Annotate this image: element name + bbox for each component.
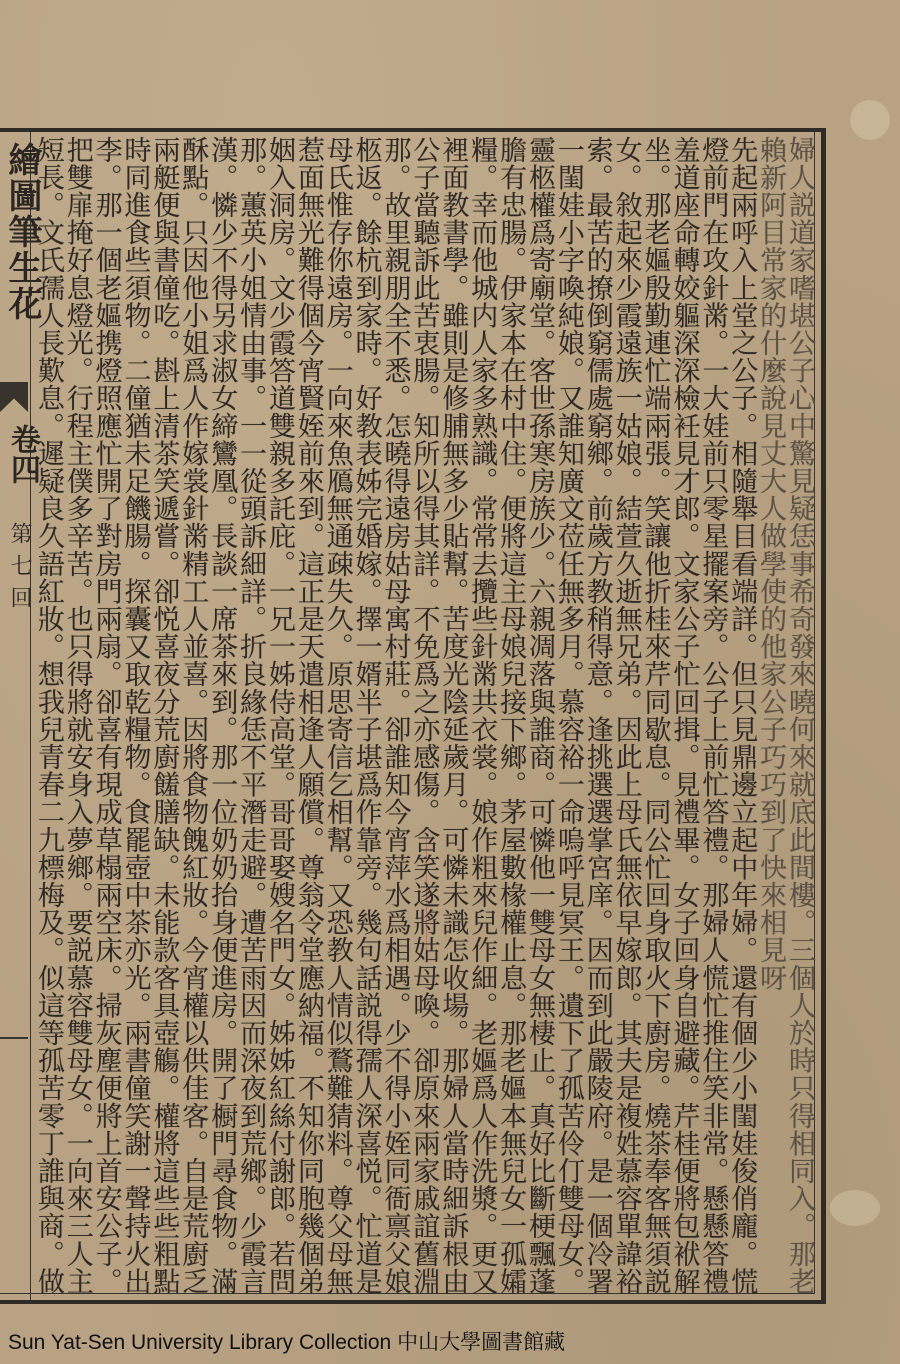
margin-divider	[0, 1037, 28, 1039]
paper-stain	[830, 1190, 880, 1226]
text-column: 短長。文氏孺人長歎息。遲疑良久語紅妝。想我兒青春二九標梅及。似這等孤苦零丁誰與商…	[36, 136, 65, 1296]
library-credit: Sun Yat-Sen University Library Collectio…	[8, 1326, 565, 1356]
chapter-label: 第七回	[4, 522, 35, 618]
text-column: 靈柩權爲寄廟堂。客世孫寒房族少。六親凋落與誰商。可憐他一雙母女無棲止。真好比斷梗…	[527, 136, 556, 1296]
text-column: 把雙扉掩好息燈光。行程主僕多辛苦。也只得將就安身入夢鄉。要説慕容雙母女。一向來三…	[65, 136, 94, 1296]
text-column: 賴新阿目常家的什麼說見丈大人做學使的他家公子巧巧到了快來相見呀	[758, 136, 787, 1296]
text-column: 坐。那老嫗殷勤連忙端兩張。笑讓他折桂來芹同歇息。同公忙回身取火下廚房。燒茶奉客無…	[643, 136, 672, 1296]
text-column: 漢。憐少不得另求淑女締鸞凰。長談一席茶來到。那一位奶奶抬身便進房。開了橱門尋食物…	[209, 136, 238, 1296]
text-column: 糧。幸而他城内人家多熟識。常常去攬些針黹共衣裳。娘作粗來兒作細。老嫗爲人作洗漿。…	[469, 136, 498, 1296]
text-column: 燈前門在攻針黹。一大娃前只零星擺案旁。公子上前忙答禮。那婦人慌忙推住笑非常。懸懸…	[700, 136, 729, 1296]
text-column: 那。故里親朋全不悉。怎曉得遠房姑母寓村莊。卻誰知今宵萍水爲相遇。少不得小姪同衙禀…	[383, 136, 412, 1296]
text-column: 女。敘起來少霞遠族一姑娘。結萱久逝無兄弟。因此上母氏無依早嫁郎。其夫是複姓慕容單…	[614, 136, 643, 1296]
text-column: 公子當聽訴此苦衷腸。知所以得其詳。不免爲之亦感傷。含笑遂將姑母喚。卻原來兩家戚誼…	[412, 136, 441, 1296]
text-column: 母氏惟存你遠房。一向來魚鴈無通疎失久。原思寄信乞相幫。又恐教人情似鶩難猜料。尊父…	[325, 136, 354, 1296]
text-column: 一閨娃小字喚純娘。又誰知廣文莅任無多月。慕容裕一命嗚呼見冥王。遺下了孤苦伶仃雙母…	[556, 136, 585, 1296]
paper-stain	[850, 100, 890, 140]
text-column: 姻入洞房。文少霞答道雙親多託庇。一兄一姊侍高堂。哥哥娶嫂名門女。姊姊紅絲付謝郎。…	[267, 136, 296, 1296]
text-column: 膽有忠腸。伊家本在村中住。便將這主母娘兒接下鄉。茅屋數椽權止息。那老嫗本無兒女一…	[498, 136, 527, 1296]
main-text: 婦人説道家嗜堪公子心中驚見疑恁事希奇發來曉何來就底此間樓。三個人於時只得相同入。…	[36, 136, 816, 1296]
text-column: 時同進食些須物。二僮猶未足饑腸。探囊又取乾糧物。食罷壺中茶亦光。兩書僮笑謝一聲持…	[123, 136, 152, 1296]
text-column: 裡面教書學。雖則是修脯無多少貼幫。苦度光陰延歲月。可憐未識怎收場。那婦人當時細訴…	[440, 136, 469, 1296]
text-column: 先起兩呼入上堂之公子。相隨舉目看端詳。但只見鼎邊立起中年婦。還有個少小閨娃俊俏龐…	[729, 136, 758, 1296]
text-column: 兩艇便與書僮吃。斟上清茶笑遞嘗。卻悦喜夜分荒廚饈膳缺。未能款客具壺觴。權將這些些…	[152, 136, 181, 1296]
text-column: 索。最苦的撩倒窮儒處窮鄉。前歲方教稍得意。逢挑選選掌宮庠。因而到此嚴陵府。是一個…	[585, 136, 614, 1296]
text-column: 李。那一個老嫗携燈照應忙開了對房門兩扇。卻喜有現成草榻兩空床。掃灰塵便將上首安公…	[94, 136, 123, 1296]
text-column: 婦人説道家嗜堪公子心中驚見疑恁事希奇發來曉何來就底此間樓。三個人於時只得相同入。…	[787, 136, 816, 1296]
text-column: 酥點。只因他小姐爲人作嫁裳針黹精工人並喜。因將食物餽紅妝。今宵權以供佳客。自是荒…	[180, 136, 209, 1296]
block-center-margin: 繪圖筆生花 卷四 第七回	[0, 132, 31, 1300]
text-column: 羞道座命轉姣軀深深檢衽見才郎。文家公子忙回揖。見禮畢。女子回身自避藏。芹桂便將包…	[672, 136, 701, 1296]
fishtail-mark-icon	[0, 382, 28, 412]
text-column: 柩返。餘杭到家時。好教表姊完婚嫁。擇一婿半子堪爲作靠旁。幾句話説得孺人深喜悦。忙…	[354, 136, 383, 1296]
text-column: 惹面無光難得個今宵賢姪前來到。這正是天遣相逢人願償。尊翁令堂應納福。不知你同胞幾…	[296, 136, 325, 1296]
text-column: 那。蕙英小姐情由事。一一從頭訴細詳。折良緣恁不平潛走避。遭苦雨因而深夜到荒鄉。少…	[238, 136, 267, 1296]
scanned-page: 繪圖筆生花 卷四 第七回 婦人説道家嗜堪公子心中驚見疑恁事希奇發來曉何來就底此間…	[0, 0, 900, 1364]
